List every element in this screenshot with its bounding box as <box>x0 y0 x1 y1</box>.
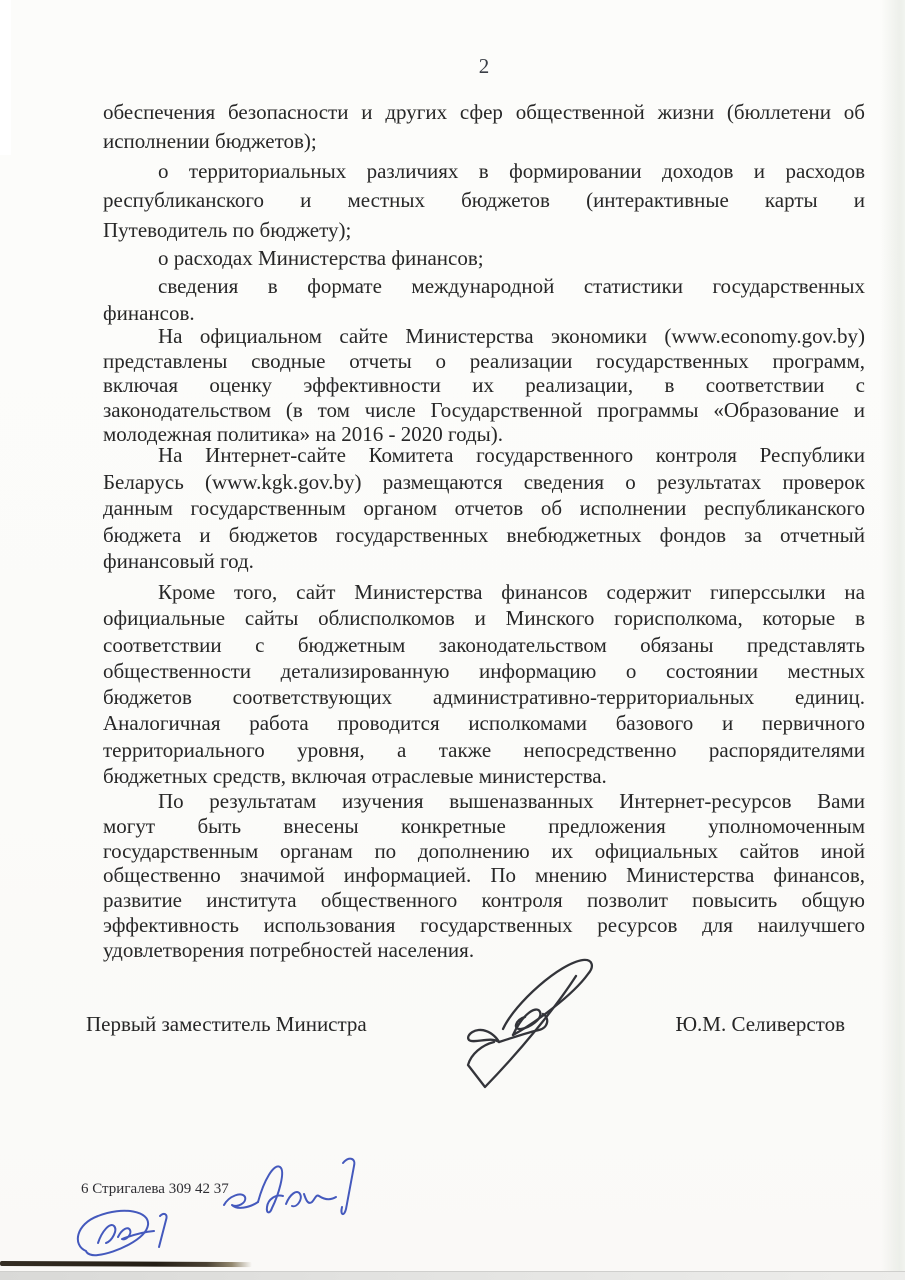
text-line: бюджета и бюджетов государственных внебю… <box>103 522 865 549</box>
text-line: данным государственным органом отчетов о… <box>103 495 865 522</box>
text-line: о территориальных различиях в формирован… <box>103 157 865 186</box>
text-line: эффективность использования государствен… <box>103 913 865 938</box>
paragraph: На официальном сайте Министерства эконом… <box>103 324 865 447</box>
scan-right-edge-shadow <box>881 0 905 1280</box>
text-line: общественно значимой информацией. По мне… <box>103 863 865 888</box>
text-line: финансов. <box>103 300 865 327</box>
text-line: финансовый год. <box>103 548 865 575</box>
text-line: бюджетов соответствующих административно… <box>103 684 865 710</box>
text-line: о расходах Министерства финансов; <box>103 244 865 273</box>
signer-position-title: Первый заместитель Министра <box>86 1010 367 1039</box>
paragraph: На Интернет-сайте Комитета государственн… <box>103 442 865 575</box>
approval-signature-left-strokes <box>68 1203 173 1258</box>
text-line: На официальном сайте Министерства эконом… <box>103 324 865 349</box>
scan-corner-notch <box>0 0 11 155</box>
text-line: Беларусь (www.kgk.gov.by) размещаются св… <box>103 469 865 496</box>
page-number: 2 <box>103 52 865 81</box>
text-line: государственным органам по дополнению их… <box>103 839 865 864</box>
text-line: Путеводитель по бюджету); <box>103 216 865 245</box>
signer-name: Ю.М. Селиверстов <box>675 1010 845 1039</box>
text-line: соответствии с бюджетным законодательств… <box>103 632 865 658</box>
minister-signature <box>455 955 615 1100</box>
approval-signature-right-strokes <box>220 1152 360 1227</box>
text-line: По результатам изучения вышеназванных Ин… <box>103 789 865 814</box>
text-line: территориального уровня, а также непосре… <box>103 737 865 763</box>
paragraph: о территориальных различиях в формирован… <box>103 157 865 245</box>
text-line: республиканского и местных бюджетов (инт… <box>103 186 865 215</box>
paragraph: Кроме того, сайт Министерства финансов с… <box>103 579 865 789</box>
minister-signature-strokes <box>455 955 615 1100</box>
approval-signature-left <box>68 1203 173 1258</box>
paragraph: По результатам изучения вышеназванных Ин… <box>103 789 865 963</box>
text-line: могут быть внесены конкретные предложени… <box>103 814 865 839</box>
text-line: официальные сайты облисполкомов и Минско… <box>103 605 865 631</box>
scanned-letter-page: { "page": { "number": "2" }, "paragraphs… <box>0 0 905 1280</box>
scan-bottom-strip <box>0 1271 905 1280</box>
text-line: сведения в формате международной статист… <box>103 273 865 300</box>
text-line: общественности детализированную информац… <box>103 658 865 684</box>
text-line: Аналогичная работа проводится исполкомам… <box>103 710 865 736</box>
text-line: Кроме того, сайт Министерства финансов с… <box>103 579 865 605</box>
paragraph: сведения в формате международной статист… <box>103 273 865 327</box>
text-line: обеспечения безопасности и других сфер о… <box>103 98 865 127</box>
text-line: На Интернет-сайте Комитета государственн… <box>103 442 865 469</box>
text-line: развитие института общественного контрол… <box>103 888 865 913</box>
text-line: исполнении бюджетов); <box>103 127 865 156</box>
approval-signature-right <box>220 1152 360 1227</box>
text-line: законодательством (в том числе Государст… <box>103 398 865 423</box>
text-line: включая оценку эффективности их реализац… <box>103 373 865 398</box>
paragraph: обеспечения безопасности и других сфер о… <box>103 98 865 157</box>
footer-contact-note: 6 Стригалева 309 42 37 <box>81 1180 229 1198</box>
text-line: представлены сводные отчеты о реализации… <box>103 349 865 374</box>
paragraph: о расходах Министерства финансов; <box>103 244 865 273</box>
text-line: бюджетных средств, включая отраслевые ми… <box>103 763 865 789</box>
